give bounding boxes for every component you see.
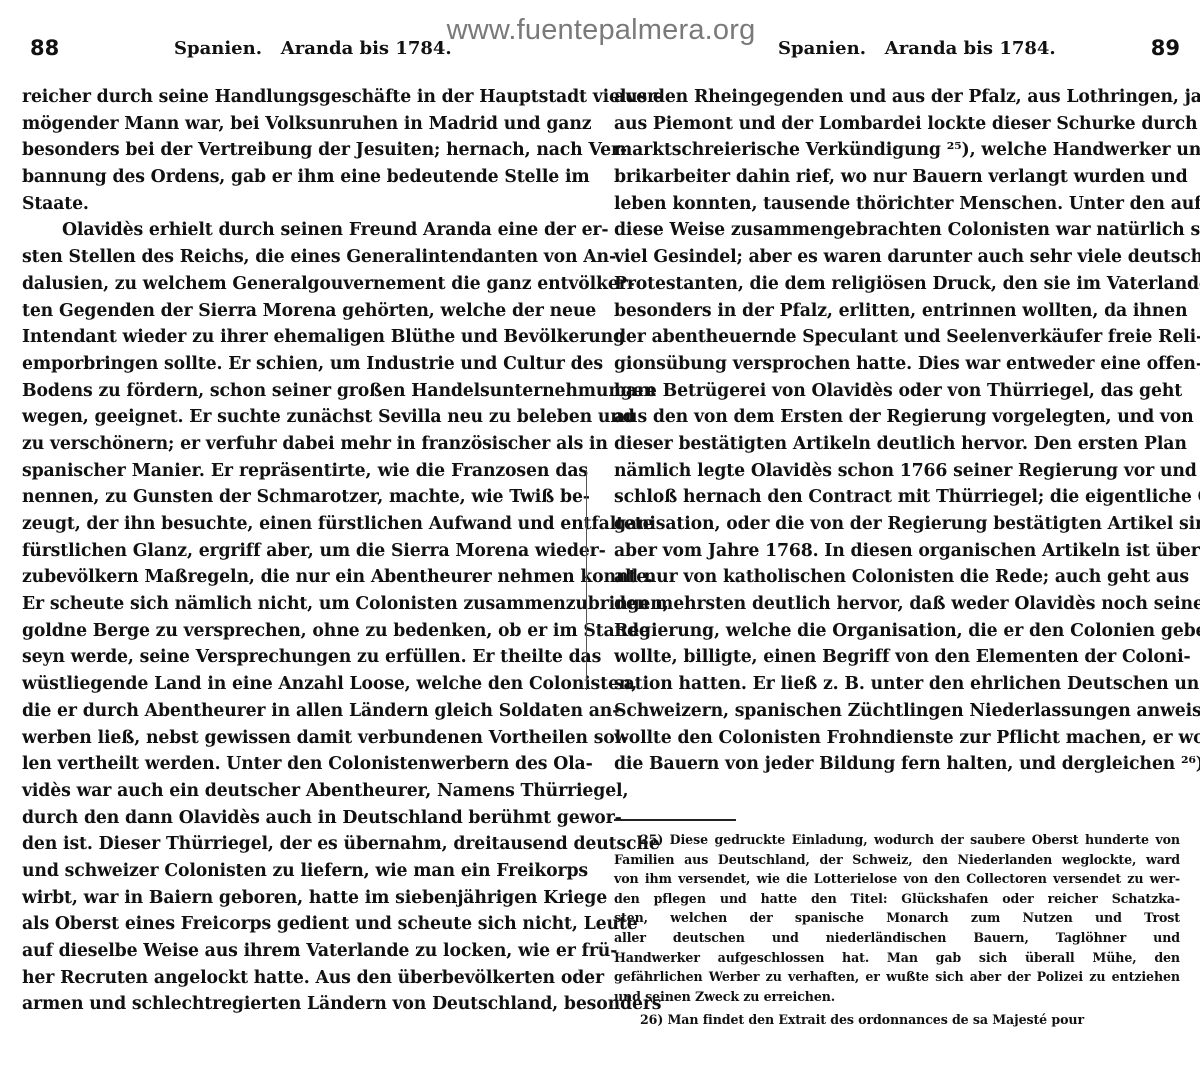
text-line: besonders in der Pfalz, erlitten, entrin… (614, 298, 1180, 325)
text-line: Er scheute sich nämlich nicht, um Coloni… (22, 591, 588, 618)
footnote-line: und seinen Zweck zu erreichen. (614, 987, 1180, 1007)
text-line: Intendant wieder zu ihrer ehemaligen Blü… (22, 324, 588, 351)
footnote-separator (614, 819, 736, 821)
text-line: den ist. Dieser Thürriegel, der es übern… (22, 831, 588, 858)
text-line: sation hatten. Er ließ z. B. unter den e… (614, 671, 1180, 698)
text-line: aus den Rheingegenden und aus der Pfalz,… (614, 84, 1180, 111)
footnote-line: sten, welchen der spanische Monarch zum … (614, 908, 1180, 928)
text-line: besonders bei der Vertreibung der Jesuit… (22, 137, 588, 164)
text-line: wollte, billigte, einen Begriff von den … (614, 644, 1180, 671)
text-line: zeugt, der ihn besuchte, einen fürstlich… (22, 511, 588, 538)
text-line: aber vom Jahre 1768. In diesen organisch… (614, 538, 1180, 565)
right-page: Spanien. Aranda bis 1784. 89 aus den Rhe… (614, 0, 1180, 1067)
text-line: die er durch Abentheurer in allen Länder… (22, 698, 588, 725)
text-line: all nur von katholischen Colonisten die … (614, 564, 1180, 591)
watermark: www.fuentepalmera.org (0, 14, 1200, 47)
text-line: dieser bestätigten Artikeln deutlich her… (614, 431, 1180, 458)
text-line: wegen, geeignet. Er suchte zunächst Sevi… (22, 404, 588, 431)
text-line: ganisation, oder die von der Regierung b… (614, 511, 1180, 538)
text-line: wirbt, war in Baiern geboren, hatte im s… (22, 885, 588, 912)
footnote-line: von ihm versendet, wie die Lotterielose … (614, 869, 1180, 889)
footnote-line: Familien aus Deutschland, der Schweiz, d… (614, 850, 1180, 870)
text-line: und schweizer Colonisten zu liefern, wie… (22, 858, 588, 885)
text-line: auf dieselbe Weise aus ihrem Vaterlande … (22, 938, 588, 965)
page-gutter-line (586, 470, 587, 690)
text-line: als Oberst eines Freicorps gedient und s… (22, 911, 588, 938)
text-line: Schweizern, spanischen Züchtlingen Niede… (614, 698, 1180, 725)
left-page: 88 Spanien. Aranda bis 1784. reicher dur… (22, 0, 588, 1067)
text-line: fürstlichen Glanz, ergriff aber, um die … (22, 538, 588, 565)
footnote-line: Handwerker aufgeschlossen hat. Man gab s… (614, 948, 1180, 968)
footnote-line: 26) Man findet den Extrait des ordonnanc… (614, 1010, 1180, 1030)
text-line: Protestanten, die dem religiösen Druck, … (614, 271, 1180, 298)
text-line: brikarbeiter dahin rief, wo nur Bauern v… (614, 164, 1180, 191)
text-line: leben konnten, tausende thörichter Mensc… (614, 191, 1180, 218)
text-line: aus Piemont und der Lombardei lockte die… (614, 111, 1180, 138)
text-line: bare Betrügerei von Olavidès oder von Th… (614, 378, 1180, 405)
text-line: mögender Mann war, bei Volksunruhen in M… (22, 111, 588, 138)
text-line: gionsübung versprochen hatte. Dies war e… (614, 351, 1180, 378)
footnote-line: gefährlichen Werber zu verhaften, er wuß… (614, 967, 1180, 987)
text-line: den mehrsten deutlich hervor, daß weder … (614, 591, 1180, 618)
text-line: bannung des Ordens, gab er ihm eine bede… (22, 164, 588, 191)
text-line: emporbringen sollte. Er schien, um Indus… (22, 351, 588, 378)
text-line: armen und schlechtregierten Ländern von … (22, 991, 588, 1018)
text-line: wollte den Colonisten Frohndienste zur P… (614, 725, 1180, 752)
left-page-body: reicher durch seine Handlungsgeschäfte i… (22, 84, 588, 1018)
text-line: viel Gesindel; aber es waren darunter au… (614, 244, 1180, 271)
text-line: der abentheuernde Speculant und Seelenve… (614, 324, 1180, 351)
right-page-body: aus den Rheingegenden und aus der Pfalz,… (614, 84, 1180, 778)
footnotes: 25) Diese gedruckte Einladung, wodurch d… (614, 830, 1180, 1030)
text-line: ten Gegenden der Sierra Morena gehörten,… (22, 298, 588, 325)
text-line: schloß hernach den Contract mit Thürrieg… (614, 484, 1180, 511)
text-line: nennen, zu Gunsten der Schmarotzer, mach… (22, 484, 588, 511)
text-line: marktschreierische Verkündigung ²⁵), wel… (614, 137, 1180, 164)
text-line: die Bauern von jeder Bildung fern halten… (614, 751, 1180, 778)
text-line: sten Stellen des Reichs, die eines Gener… (22, 244, 588, 271)
footnote-line: 25) Diese gedruckte Einladung, wodurch d… (614, 830, 1180, 850)
text-line: her Recruten angelockt hatte. Aus den üb… (22, 965, 588, 992)
text-line: wüstliegende Land in eine Anzahl Loose, … (22, 671, 588, 698)
footnote-line: den pflegen und hatte den Titel: Glücksh… (614, 889, 1180, 909)
text-line: Olavidès erhielt durch seinen Freund Ara… (22, 217, 588, 244)
text-line: seyn werde, seine Versprechungen zu erfü… (22, 644, 588, 671)
text-line: zu verschönern; er verfuhr dabei mehr in… (22, 431, 588, 458)
text-line: reicher durch seine Handlungsgeschäfte i… (22, 84, 588, 111)
text-line: aus den von dem Ersten der Regierung vor… (614, 404, 1180, 431)
footnote-line: aller deutschen und niederländischen Bau… (614, 928, 1180, 948)
text-line: dalusien, zu welchem Generalgouvernement… (22, 271, 588, 298)
text-line: durch den dann Olavidès auch in Deutschl… (22, 805, 588, 832)
text-line: Staate. (22, 191, 588, 218)
text-line: vidès war auch ein deutscher Abentheurer… (22, 778, 588, 805)
text-line: werben ließ, nebst gewissen damit verbun… (22, 725, 588, 752)
text-line: Bodens zu fördern, schon seiner großen H… (22, 378, 588, 405)
text-line: Regierung, welche die Organisation, die … (614, 618, 1180, 645)
text-line: goldne Berge zu versprechen, ohne zu bed… (22, 618, 588, 645)
text-line: len vertheilt werden. Unter den Colonist… (22, 751, 588, 778)
text-line: zubevölkern Maßregeln, die nur ein Abent… (22, 564, 588, 591)
text-line: nämlich legte Olavidès schon 1766 seiner… (614, 458, 1180, 485)
text-line: spanischer Manier. Er repräsentirte, wie… (22, 458, 588, 485)
text-line: diese Weise zusammengebrachten Coloniste… (614, 217, 1180, 244)
